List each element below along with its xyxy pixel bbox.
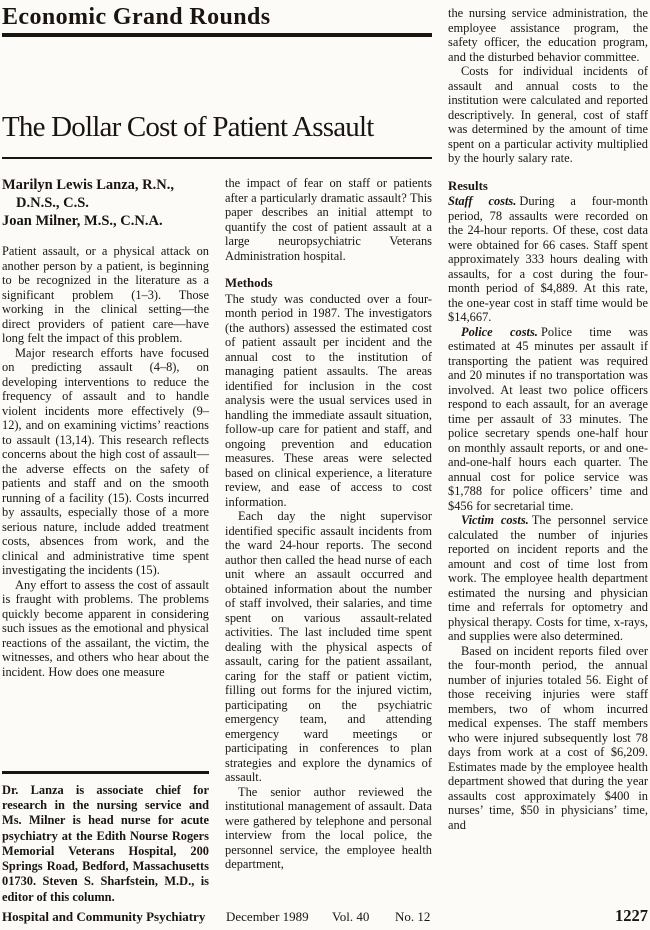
article-title: The Dollar Cost of Patient Assault xyxy=(2,109,432,145)
body-paragraph: Each day the night supervisor identified… xyxy=(225,509,432,785)
column-middle: the impact of fear on staff or patients … xyxy=(225,176,432,905)
victim-costs-text: The personnel service calculated the num… xyxy=(448,513,648,643)
journal-article-page: Economic Grand Rounds The Dollar Cost of… xyxy=(0,0,650,930)
volume-label: Vol. 40 xyxy=(332,909,395,925)
body-paragraph: Patient assault, or a physical attack on… xyxy=(2,244,209,346)
body-paragraph: The senior author reviewed the instituti… xyxy=(225,785,432,872)
staff-costs-text: During a four-month period, 78 assaults … xyxy=(448,194,648,324)
page-body: Economic Grand Rounds The Dollar Cost of… xyxy=(2,4,648,905)
title-rule xyxy=(2,157,432,159)
body-paragraph: the nursing service administration, the … xyxy=(448,6,648,64)
page-number: 1227 xyxy=(615,908,648,924)
staff-costs-lead: Staff costs. xyxy=(448,194,516,208)
body-paragraph: Major research efforts have focused on p… xyxy=(2,346,209,578)
left-section: Economic Grand Rounds The Dollar Cost of… xyxy=(2,4,432,905)
police-costs-text: Police time was estimated at 45 minutes … xyxy=(448,325,648,513)
kicker-rule xyxy=(2,33,432,37)
victim-costs-paragraph: Victim costs.The personnel service calcu… xyxy=(448,513,648,644)
author-footnote: Dr. Lanza is associate chief for researc… xyxy=(2,783,209,905)
author-name: Joan Milner, M.S., C.N.A. xyxy=(2,212,209,230)
staff-costs-paragraph: Staff costs.During a four-month period, … xyxy=(448,194,648,325)
issue-date: December 1989 xyxy=(226,909,332,925)
column-left: Marilyn Lewis Lanza, R.N., D.N.S., C.S. … xyxy=(2,176,209,905)
victim-costs-lead: Victim costs. xyxy=(461,513,529,527)
body-paragraph: The study was conducted over a four-mont… xyxy=(225,292,432,510)
body-paragraph: the impact of fear on staff or patients … xyxy=(225,176,432,263)
body-paragraph: Based on incident reports filed over the… xyxy=(448,644,648,833)
police-costs-paragraph: Police costs.Police time was estimated a… xyxy=(448,325,648,514)
page-footer: Hospital and Community Psychiatry Decemb… xyxy=(2,908,648,925)
methods-heading: Methods xyxy=(225,276,432,291)
issue-number: No. 12 xyxy=(395,909,430,925)
body-paragraph: Costs for individual incidents of assaul… xyxy=(448,64,648,166)
journal-name: Hospital and Community Psychiatry xyxy=(2,909,226,925)
column-right: the nursing service administration, the … xyxy=(448,4,648,905)
police-costs-lead: Police costs. xyxy=(461,325,538,339)
text-columns: Marilyn Lewis Lanza, R.N., D.N.S., C.S. … xyxy=(2,176,432,905)
results-heading: Results xyxy=(448,179,648,194)
column-kicker: Economic Grand Rounds xyxy=(2,4,432,30)
body-paragraph: Any effort to assess the cost of assault… xyxy=(2,578,209,680)
footnote-rule xyxy=(2,771,209,774)
author-block: Marilyn Lewis Lanza, R.N., D.N.S., C.S. … xyxy=(2,176,209,230)
author-name: Marilyn Lewis Lanza, R.N., D.N.S., C.S. xyxy=(2,176,209,212)
